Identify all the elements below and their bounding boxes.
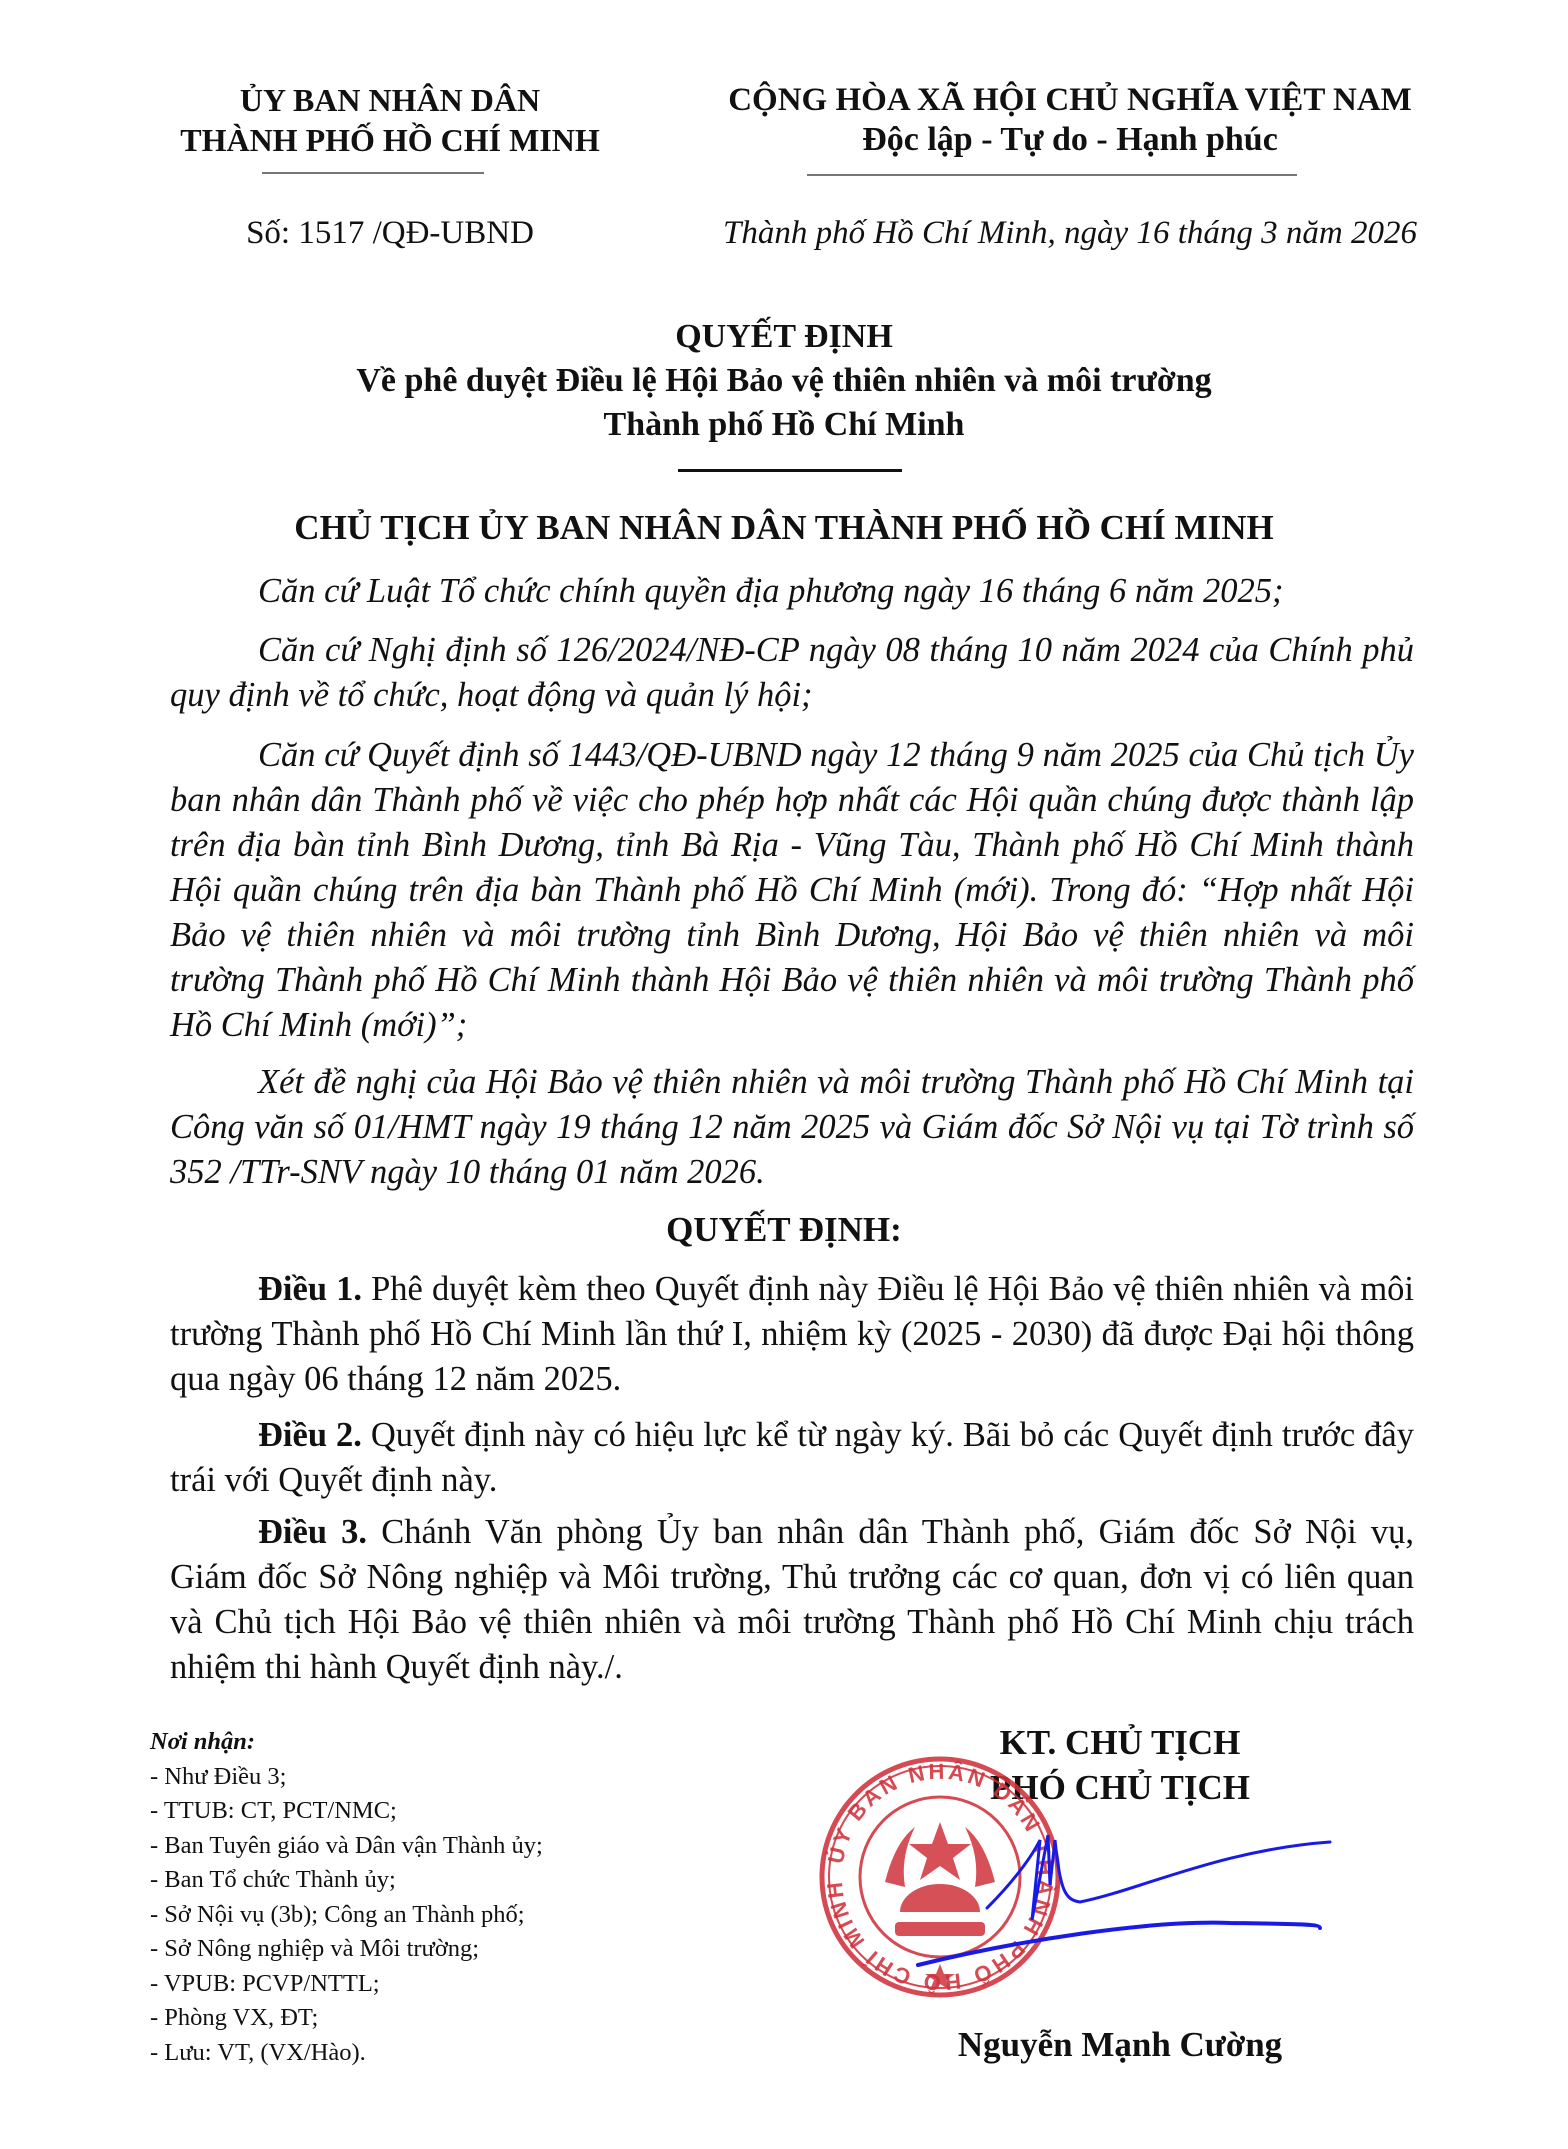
title-main: QUYẾT ĐỊNH [0,315,1568,359]
article-3: Điều 3. Chánh Văn phòng Ủy ban nhân dân … [170,1510,1414,1690]
national-title: CỘNG HÒA XÃ HỘI CHỦ NGHĨA VIỆT NAM Độc l… [640,80,1500,160]
place-date: Thành phố Hồ Chí Minh, ngày 16 tháng 3 n… [640,215,1500,252]
decision-heading: QUYẾT ĐỊNH: [0,1210,1568,1250]
authority-line1: ỦY BAN NHÂN DÂN [110,80,670,120]
authority-underline [262,172,484,174]
title-divider [678,469,902,472]
signature-icon [900,1820,1360,1970]
title-sub2: Thành phố Hồ Chí Minh [0,403,1568,447]
national-title-line1: CỘNG HÒA XÃ HỘI CHỦ NGHĨA VIỆT NAM [640,80,1500,120]
recipient-item: - Phòng VX, ĐT; [150,2001,543,2036]
recipient-item: - Sở Nông nghiệp và Môi trường; [150,1932,543,1967]
article-1-label: Điều 1. [258,1270,362,1308]
recipient-item: - Như Điều 3; [150,1760,543,1795]
article-1: Điều 1. Phê duyệt kèm theo Quyết định nà… [170,1267,1414,1402]
preamble-4: Xét đề nghị của Hội Bảo vệ thiên nhiên v… [170,1060,1414,1195]
recipients-title: Nơi nhận: [150,1725,543,1760]
issuing-authority: ỦY BAN NHÂN DÂN THÀNH PHỐ HỒ CHÍ MINH [110,80,670,160]
preamble-2: Căn cứ Nghị định số 126/2024/NĐ-CP ngày … [170,628,1414,718]
recipient-item: - TTUB: CT, PCT/NMC; [150,1794,543,1829]
national-motto: Độc lập - Tự do - Hạnh phúc [640,120,1500,160]
document-title: QUYẾT ĐỊNH Về phê duyệt Điều lệ Hội Bảo … [0,315,1568,447]
authority-line2: THÀNH PHỐ HỒ CHÍ MINH [110,120,670,160]
recipient-item: - Ban Tuyên giáo và Dân vận Thành ủy; [150,1829,543,1864]
recipient-item: - VPUB: PCVP/NTTL; [150,1967,543,2002]
authority-heading: CHỦ TỊCH ỦY BAN NHÂN DÂN THÀNH PHỐ HỒ CH… [0,508,1568,548]
signer-name: Nguyễn Mạnh Cường [860,2025,1380,2065]
recipient-item: - Sở Nội vụ (3b); Công an Thành phố; [150,1898,543,1933]
recipient-item: - Ban Tổ chức Thành ủy; [150,1863,543,1898]
preamble-1: Căn cứ Luật Tổ chức chính quyền địa phươ… [170,569,1414,614]
article-2-label: Điều 2. [258,1416,362,1454]
recipient-item: - Lưu: VT, (VX/Hào). [150,2036,543,2071]
article-2: Điều 2. Quyết định này có hiệu lực kể từ… [170,1413,1414,1503]
recipients-list: Nơi nhận: - Như Điều 3; - TTUB: CT, PCT/… [150,1725,543,2070]
article-3-label: Điều 3. [258,1513,367,1551]
document-number: Số: 1517 /QĐ-UBND [110,215,670,252]
motto-underline [807,174,1297,176]
preamble-3: Căn cứ Quyết định số 1443/QĐ-UBND ngày 1… [170,733,1414,1048]
title-sub1: Về phê duyệt Điều lệ Hội Bảo vệ thiên nh… [0,359,1568,403]
